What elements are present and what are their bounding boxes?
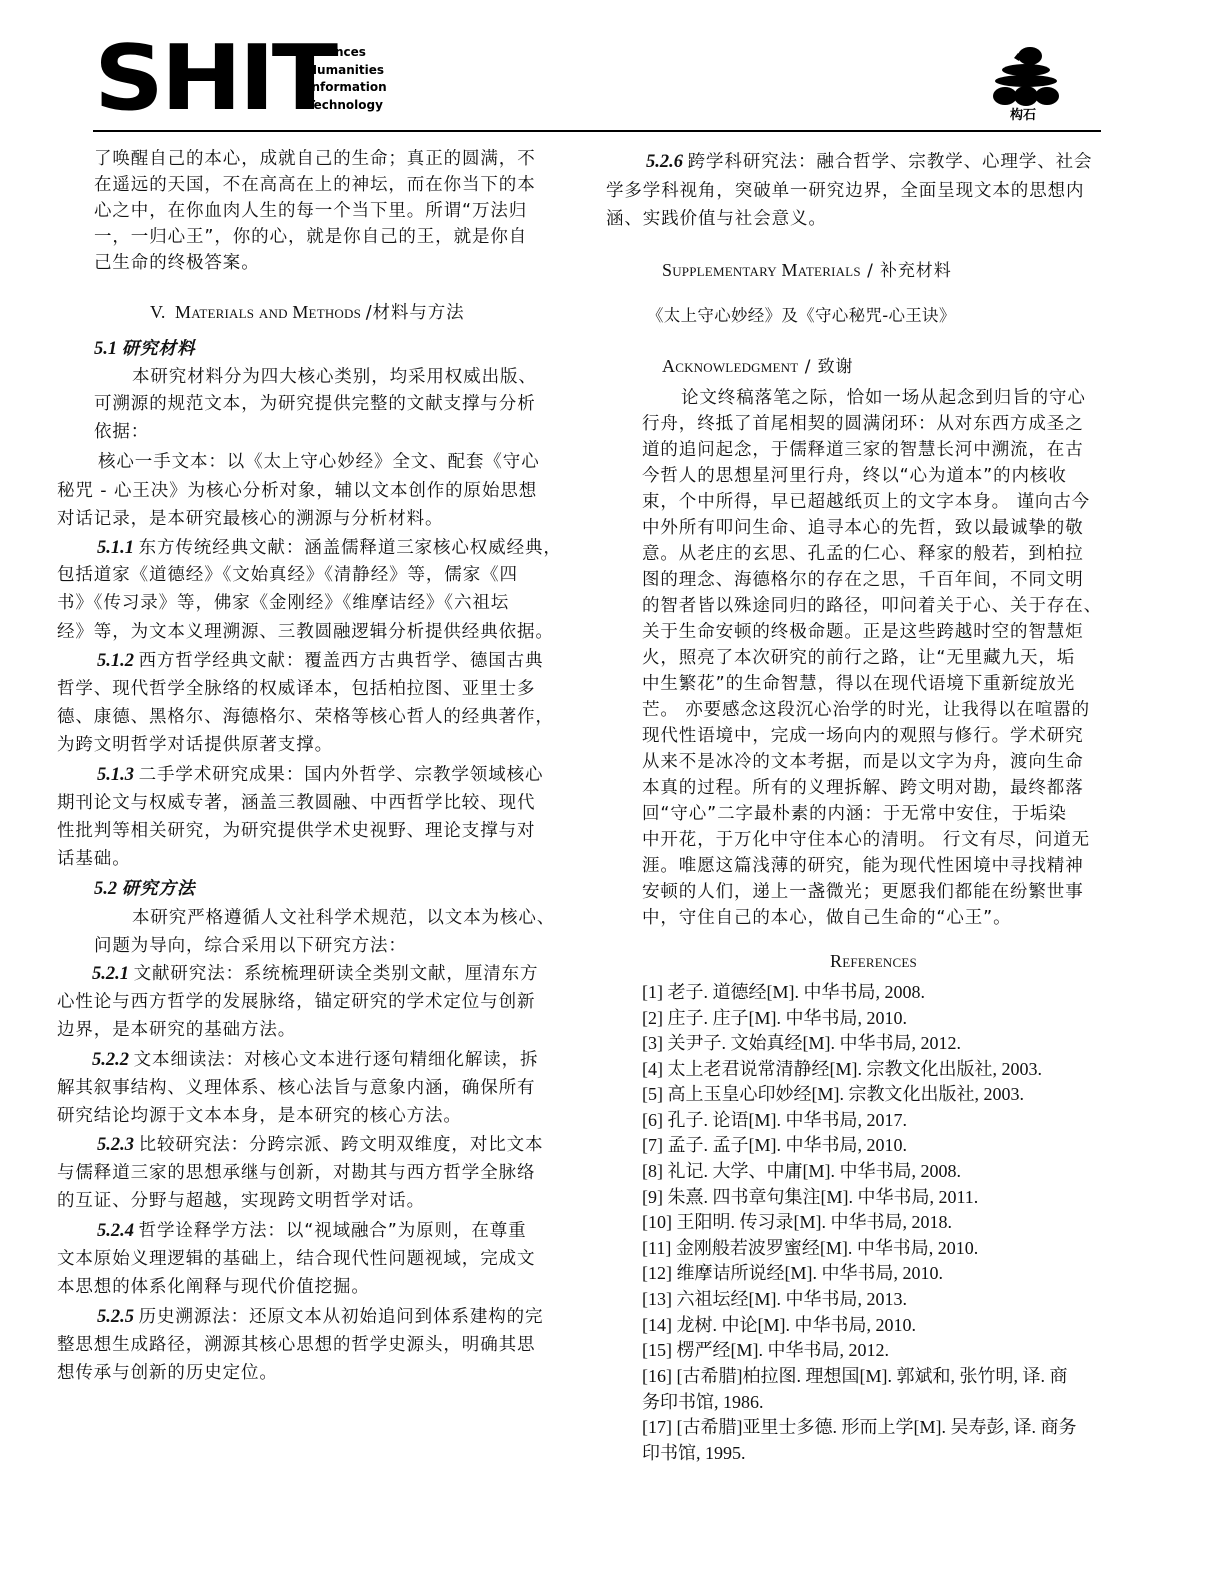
reference-item: [13] 六祖坛经[M]. 中华书局, 2013. bbox=[642, 1286, 907, 1312]
text-line: 5.2.4 哲学诠释学方法：以“视域融合”为原则，在尊重 bbox=[97, 1218, 527, 1244]
journal-logo: SHIT bbox=[94, 34, 335, 124]
text-line: 性批判等相关研究，为研究提供学术史视野、理论支撑与对 bbox=[57, 818, 535, 844]
item-number: 5.1.2 bbox=[97, 651, 134, 671]
heading-en: Supplementary Materials bbox=[662, 260, 861, 280]
text-line: 学多学科视角，突破单一研究边界，全面呈现文本的思想内 bbox=[606, 178, 1084, 204]
text-line: 行舟，终抵了首尾相契的圆满闭环：从对东西方成圣之 bbox=[642, 411, 1084, 437]
text-line: 中，守住自己的本心，做自己生命的“心王”。 bbox=[642, 905, 1012, 931]
header-divider bbox=[93, 130, 1101, 132]
stone-logo-label: 构石 bbox=[1010, 104, 1036, 123]
line-text: 文本细读法：对核心文本进行逐句精细化解读，拆 bbox=[134, 1050, 539, 1070]
references-heading: References bbox=[830, 948, 917, 974]
text-line: 中开花，于万化中守住本心的清明。 行文有尽，问道无 bbox=[642, 827, 1090, 853]
text-line: 了唤醒自己的本心，成就自己的生命；真正的圆满，不 bbox=[94, 146, 536, 172]
item-number: 5.1.3 bbox=[97, 765, 134, 785]
text-line: 经》等，为文本义理溯源、三教圆融逻辑分析提供经典依据。 bbox=[57, 619, 554, 645]
text-line: 现代性语境中，完成一场向内的观照与修行。学术研究 bbox=[642, 723, 1084, 749]
text-line: 依据： bbox=[94, 419, 149, 445]
text-line: 今哲人的思想星河里行舟，终以“心为道本”的内核收 bbox=[642, 463, 1067, 489]
text-line: 中生繁花”的生命智慧，得以在现代语境下重新绽放光 bbox=[642, 671, 1075, 697]
text-line: 己生命的终极答案。 bbox=[94, 250, 260, 276]
reference-item: [2] 庄子. 庄子[M]. 中华书局, 2010. bbox=[642, 1005, 907, 1031]
text-line: 想传承与创新的历史定位。 bbox=[57, 1360, 278, 1386]
text-line: 可溯源的规范文本，为研究提供完整的文献支撑与分析 bbox=[94, 391, 536, 417]
reference-item: [4] 太上老君说常清静经[M]. 宗教文化出版社, 2003. bbox=[642, 1056, 1042, 1082]
text-line: 整思想生成路径，溯源其核心思想的哲学史源头，明确其思 bbox=[57, 1332, 535, 1358]
subsection-number: 5.2 bbox=[94, 879, 117, 899]
item-number: 5.2.2 bbox=[92, 1050, 129, 1070]
subsection-number: 5.1 bbox=[94, 339, 117, 359]
item-number: 5.2.1 bbox=[92, 964, 129, 984]
reference-item: [3] 关尹子. 文始真经[M]. 中华书局, 2012. bbox=[642, 1030, 961, 1056]
text-line: 本研究严格遵循人文社科学术规范，以文本为核心、 bbox=[132, 905, 555, 931]
item-number: 5.1.1 bbox=[97, 538, 134, 558]
subsection-heading-5-1: 5.1 研究材料 bbox=[94, 336, 195, 362]
reference-item: [16] [古希腊]柏拉图. 理想国[M]. 郭斌和, 张竹明, 译. 商 bbox=[642, 1363, 1067, 1389]
text-line: 一，一归心王”，你的心，就是你自己的王，就是你自 bbox=[94, 224, 527, 250]
subtitle-line: Technology bbox=[307, 97, 387, 115]
text-line: 本真的过程。所有的义理拆解、跨文明对勘，最终都落 bbox=[642, 775, 1084, 801]
acknowledgment-heading: Acknowledgment / 致谢 bbox=[662, 353, 853, 379]
text-line: 涯。唯愿这篇浅薄的研究，能为现代性困境中寻找精神 bbox=[642, 853, 1084, 879]
text-line: 的智者皆以殊途同归的路径，叩问着关于心、关于存在、 bbox=[642, 593, 1102, 619]
text-line: 心之中，在你血肉人生的每一个当下里。所谓“万法归 bbox=[94, 198, 527, 224]
heading-cn: / 补充材料 bbox=[861, 261, 952, 281]
text-line: 回“守心”二字最朴素的内涵：于无常中安住，于垢染 bbox=[642, 801, 1067, 827]
text-line: 论文终稿落笔之际，恰如一场从起念到归旨的守心 bbox=[681, 385, 1086, 411]
reference-item: [17] [古希腊]亚里士多德. 形而上学[M]. 吴寿彭, 译. 商务 bbox=[642, 1414, 1076, 1440]
subsection-title: 研究方法 bbox=[122, 879, 196, 899]
reference-item: [6] 孔子. 论语[M]. 中华书局, 2017. bbox=[642, 1107, 907, 1133]
section-title-en: Materials and Methods bbox=[175, 302, 361, 322]
text-line: 5.2.6 跨学科研究法：融合哲学、宗教学、心理学、社会 bbox=[646, 149, 1092, 175]
text-line: 包括道家《道德经》《文始真经》《清静经》等，儒家《四 bbox=[57, 562, 518, 588]
text-line: 安顿的人们，递上一盏微光；更愿我们都能在纷繁世事 bbox=[642, 879, 1084, 905]
text-line: 对话记录，是本研究最核心的溯源与分析材料。 bbox=[57, 506, 443, 532]
text-line: 与儒释道三家的思想承继与创新，对勘其与西方哲学全脉络 bbox=[57, 1160, 535, 1186]
text-line: 问题为导向，综合采用以下研究方法： bbox=[94, 933, 407, 959]
text-line: 核心一手文本：以《太上守心妙经》全文、配套《守心 bbox=[98, 449, 540, 475]
reference-item: [7] 孟子. 孟子[M]. 中华书局, 2010. bbox=[642, 1132, 907, 1158]
text-line: 5.1.3 二手学术研究成果：国内外哲学、宗教学领域核心 bbox=[97, 762, 543, 788]
reference-item: [15] 楞严经[M]. 中华书局, 2012. bbox=[642, 1337, 889, 1363]
line-text: 比较研究法：分跨宗派、跨文明双维度，对比文本 bbox=[139, 1135, 544, 1155]
reference-item: 务印书馆, 1986. bbox=[642, 1389, 764, 1415]
heading-cn: / 致谢 bbox=[798, 357, 853, 377]
text-line: 的互证、分野与超越，实现跨文明哲学对话。 bbox=[57, 1188, 425, 1214]
text-line: 5.1.1 东方传统经典文献：涵盖儒释道三家核心权威经典， bbox=[97, 535, 562, 561]
text-line: 本思想的体系化阐释与现代价值挖掘。 bbox=[57, 1274, 370, 1300]
subtitle-line: Sciences bbox=[307, 44, 387, 62]
line-text: 西方哲学经典文献：覆盖西方古典哲学、德国古典 bbox=[139, 651, 544, 671]
text-line: 5.1.2 西方哲学经典文献：覆盖西方古典哲学、德国古典 bbox=[97, 648, 543, 674]
line-text: 历史溯源法：还原文本从初始追问到体系建构的完 bbox=[139, 1307, 544, 1327]
subsection-heading-5-2: 5.2 研究方法 bbox=[94, 876, 195, 902]
subsection-title: 研究材料 bbox=[122, 339, 196, 359]
text-line: 期刊论文与权威专著，涵盖三教圆融、中西哲学比较、现代 bbox=[57, 790, 535, 816]
text-line: 书》《传习录》等，佛家《金刚经》《维摩诘经》《六祖坛 bbox=[57, 590, 509, 616]
section-numeral: V. bbox=[150, 302, 166, 322]
journal-logo-subtitle: Sciences Humanities Information Technolo… bbox=[307, 44, 387, 114]
heading-en: Acknowledgment bbox=[662, 356, 798, 376]
supplementary-heading: Supplementary Materials / 补充材料 bbox=[662, 257, 952, 283]
subtitle-line: Information bbox=[307, 79, 387, 97]
text-line: 图的理念、海德格尔的存在之思，千百年间，不同文明 bbox=[642, 567, 1084, 593]
reference-item: [10] 王阳明. 传习录[M]. 中华书局, 2018. bbox=[642, 1209, 952, 1235]
text-line: 5.2.1 文献研究法：系统梳理研读全类别文献，厘清东方 bbox=[92, 961, 538, 987]
reference-item: [1] 老子. 道德经[M]. 中华书局, 2008. bbox=[642, 979, 925, 1005]
item-number: 5.2.3 bbox=[97, 1135, 134, 1155]
text-line: 秘咒 - 心王决》为核心分析对象，辅以文本创作的原始思想 bbox=[57, 478, 537, 504]
text-line: 德、康德、黑格尔、海德格尔、荣格等核心哲人的经典著作， bbox=[57, 704, 554, 730]
subtitle-line: Humanities bbox=[307, 62, 387, 80]
text-line: 意。从老庄的玄思、孔孟的仁心、释家的般若，到柏拉 bbox=[642, 541, 1084, 567]
text-line: 束，个中所得，早已超越纸页上的文字本身。 谨向古今 bbox=[642, 489, 1090, 515]
reference-item: [9] 朱熹. 四书章句集注[M]. 中华书局, 2011. bbox=[642, 1184, 978, 1210]
reference-item: [11] 金刚般若波罗蜜经[M]. 中华书局, 2010. bbox=[642, 1235, 978, 1261]
text-line: 文本原始义理逻辑的基础上，结合现代性问题视域，完成文 bbox=[57, 1246, 535, 1272]
item-number: 5.2.4 bbox=[97, 1221, 134, 1241]
text-line: 火，照亮了本次研究的前行之路，让“无里藏九天，垢 bbox=[642, 645, 1075, 671]
line-text: 哲学诠释学方法：以“视域融合”为原则，在尊重 bbox=[139, 1221, 527, 1241]
reference-item: [14] 龙树. 中论[M]. 中华书局, 2010. bbox=[642, 1312, 916, 1338]
text-line: 边界，是本研究的基础方法。 bbox=[57, 1017, 296, 1043]
item-number: 5.2.6 bbox=[646, 152, 683, 172]
text-line: 关于生命安顿的终极命题。正是这些跨越时空的智慧炬 bbox=[642, 619, 1084, 645]
text-line: 为跨文明哲学对话提供原著支撑。 bbox=[57, 732, 333, 758]
text-line: 中外所有叩问生命、追寻本心的先哲，致以最诚挚的敬 bbox=[642, 515, 1084, 541]
item-number: 5.2.5 bbox=[97, 1307, 134, 1327]
text-line: 研究结论均源于文本本身，是本研究的核心方法。 bbox=[57, 1103, 462, 1129]
text-line: 5.2.3 比较研究法：分跨宗派、跨文明双维度，对比文本 bbox=[97, 1132, 543, 1158]
line-text: 跨学科研究法：融合哲学、宗教学、心理学、社会 bbox=[688, 152, 1093, 172]
text-line: 本研究材料分为四大核心类别，均采用权威出版、 bbox=[132, 364, 537, 390]
text-line: 在遥远的天国，不在高高在上的神坛，而在你当下的本 bbox=[94, 172, 536, 198]
section-heading-materials-methods: V. Materials and Methods /材料与方法 bbox=[150, 299, 465, 325]
text-line: 解其叙事结构、义理体系、核心法旨与意象内涵，确保所有 bbox=[57, 1075, 535, 1101]
section-title-cn: /材料与方法 bbox=[366, 303, 465, 323]
line-text: 文献研究法：系统梳理研读全类别文献，厘清东方 bbox=[134, 964, 539, 984]
text-line: 道的追问起念，于儒释道三家的智慧长河中溯流，在古 bbox=[642, 437, 1084, 463]
text-line: 涵、实践价值与社会意义。 bbox=[606, 206, 827, 232]
text-line: 5.2.5 历史溯源法：还原文本从初始追问到体系建构的完 bbox=[97, 1304, 543, 1330]
reference-item: [5] 高上玉皇心印妙经[M]. 宗教文化出版社, 2003. bbox=[642, 1081, 1024, 1107]
text-line: 5.2.2 文本细读法：对核心文本进行逐句精细化解读，拆 bbox=[92, 1047, 538, 1073]
line-text: 二手学术研究成果：国内外哲学、宗教学领域核心 bbox=[139, 765, 544, 785]
text-line: 话基础。 bbox=[57, 846, 131, 872]
text-line: 哲学、现代哲学全脉络的权威译本，包括柏拉图、亚里士多 bbox=[57, 676, 535, 702]
text-line: 芒。 亦要感念这段沉心治学的时光，让我得以在喧嚣的 bbox=[642, 697, 1090, 723]
supplementary-content: 《太上守心妙经》及《守心秘咒-心王诀》 bbox=[647, 303, 956, 329]
text-line: 从来不是冰冷的文本考据，而是以文字为舟，渡向生命 bbox=[642, 749, 1084, 775]
text-line: 心性论与西方哲学的发展脉络，锚定研究的学术定位与创新 bbox=[57, 989, 535, 1015]
reference-item: [12] 维摩诘所说经[M]. 中华书局, 2010. bbox=[642, 1260, 943, 1286]
reference-item: [8] 礼记. 大学、中庸[M]. 中华书局, 2008. bbox=[642, 1158, 961, 1184]
line-text: 东方传统经典文献：涵盖儒释道三家核心权威经典， bbox=[139, 538, 562, 558]
reference-item: 印书馆, 1995. bbox=[642, 1440, 746, 1466]
